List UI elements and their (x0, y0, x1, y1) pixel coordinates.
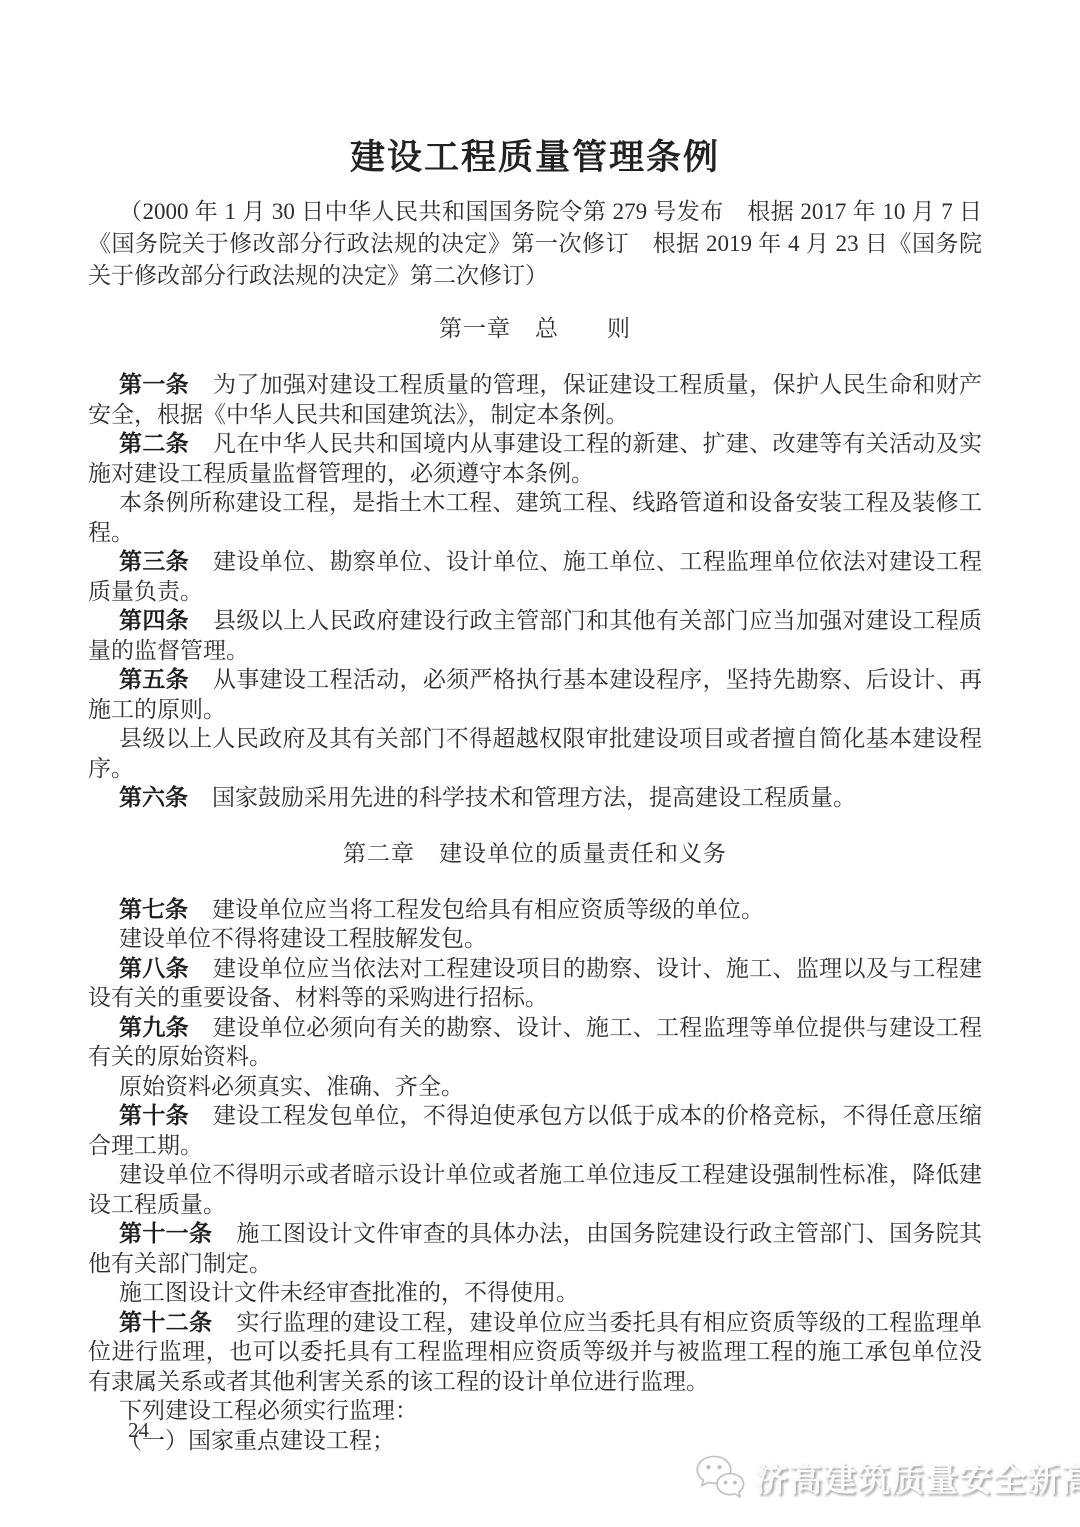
chapter-2-heading: 第二章 建设单位的质量责任和义务 (88, 835, 982, 868)
document-page: 建设工程质量管理条例 （2000 年 1 月 30 日中华人民共和国国务院令第 … (0, 0, 1080, 1527)
article-text: 建设工程发包单位，不得迫使承包方以低于成本的价格竞标，不得任意压缩合理工期。 (88, 1103, 982, 1158)
article-text: 建设单位、勘察单位、设计单位、施工单位、工程监理单位依法对建设工程质量负责。 (88, 549, 982, 604)
article-text: 县级以上人民政府及其有关部门不得超越权限审批建设项目或者擅自简化基本建设程序。 (88, 726, 982, 781)
article-text: 凡在中华人民共和国境内从事建设工程的新建、扩建、改建等有关活动及实施对建设工程质… (88, 431, 982, 486)
article-text: 原始资料必须真实、准确、齐全。 (119, 1074, 464, 1099)
paragraph: 第六条国家鼓励采用先进的科学技术和管理方法，提高建设工程质量。 (88, 783, 982, 813)
wechat-icon (694, 1453, 746, 1501)
article-text: 下列建设工程必须实行监理： (119, 1398, 418, 1423)
article-text: 施工图设计文件未经审查批准的，不得使用。 (119, 1280, 579, 1305)
article-number: 第九条 (119, 1014, 189, 1040)
paragraph: 建设单位不得明示或者暗示设计单位或者施工单位违反工程建设强制性标准，降低建设工程… (88, 1160, 982, 1219)
article-text: 建设单位不得明示或者暗示设计单位或者施工单位违反工程建设强制性标准，降低建设工程… (88, 1162, 982, 1217)
paragraph: 第十条建设工程发包单位，不得迫使承包方以低于成本的价格竞标，不得任意压缩合理工期… (88, 1101, 982, 1160)
paragraph: 第七条建设单位应当将工程发包给具有相应资质等级的单位。 (88, 895, 982, 925)
article-number: 第八条 (119, 955, 189, 981)
article-text: 建设单位不得将建设工程肢解发包。 (119, 926, 487, 951)
article-text: 建设单位必须向有关的勘察、设计、施工、工程监理等单位提供与建设工程有关的原始资料… (88, 1015, 982, 1070)
article-number: 第五条 (119, 666, 189, 692)
article-number: 第七条 (119, 896, 188, 922)
article-number: 第三条 (119, 548, 189, 574)
paragraph: 第一条为了加强对建设工程质量的管理，保证建设工程质量，保护人民生命和财产安全，根… (88, 370, 982, 429)
article-number: 第十一条 (119, 1220, 212, 1246)
paragraph: 第二条凡在中华人民共和国境内从事建设工程的新建、扩建、改建等有关活动及实施对建设… (88, 429, 982, 488)
article-text: 建设单位应当依法对工程建设项目的勘察、设计、施工、监理以及与工程建设有关的重要设… (88, 956, 982, 1011)
paragraph: 第十一条施工图设计文件审查的具体办法，由国务院建设行政主管部门、国务院其他有关部… (88, 1219, 982, 1278)
paragraph: 第三条建设单位、勘察单位、设计单位、施工单位、工程监理单位依法对建设工程质量负责… (88, 547, 982, 606)
paragraph: 第四条县级以上人民政府建设行政主管部门和其他有关部门应当加强对建设工程质量的监督… (88, 606, 982, 665)
watermark: 济高建筑质量安全新高地 (694, 1453, 1080, 1501)
document-content: 建设工程质量管理条例 （2000 年 1 月 30 日中华人民共和国国务院令第 … (88, 130, 982, 1455)
page-number: 24 (128, 1418, 149, 1443)
paragraph: 原始资料必须真实、准确、齐全。 (88, 1072, 982, 1102)
paragraph: 本条例所称建设工程，是指土木工程、建筑工程、线路管道和设备安装工程及装修工程。 (88, 488, 982, 547)
article-text: 实行监理的建设工程，建设单位应当委托具有相应资质等级的工程监理单位进行监理，也可… (88, 1310, 982, 1394)
paragraph: 第五条从事建设工程活动，必须严格执行基本建设程序，坚持先勘察、后设计、再施工的原… (88, 665, 982, 724)
article-text: 施工图设计文件审查的具体办法，由国务院建设行政主管部门、国务院其他有关部门制定。 (88, 1221, 982, 1276)
article-text: 县级以上人民政府建设行政主管部门和其他有关部门应当加强对建设工程质量的监督管理。 (88, 608, 982, 663)
paragraph: 县级以上人民政府及其有关部门不得超越权限审批建设项目或者擅自简化基本建设程序。 (88, 724, 982, 783)
paragraph: 施工图设计文件未经审查批准的，不得使用。 (88, 1278, 982, 1308)
preamble: （2000 年 1 月 30 日中华人民共和国国务院令第 279 号发布 根据 … (88, 196, 982, 292)
paragraph: 第九条建设单位必须向有关的勘察、设计、施工、工程监理等单位提供与建设工程有关的原… (88, 1013, 982, 1072)
article-text: 本条例所称建设工程，是指土木工程、建筑工程、线路管道和设备安装工程及装修工程。 (88, 490, 982, 545)
article-number: 第十二条 (119, 1309, 212, 1335)
article-number: 第六条 (119, 784, 188, 810)
article-text: 建设单位应当将工程发包给具有相应资质等级的单位。 (212, 897, 764, 922)
paragraph: （一）国家重点建设工程； (88, 1426, 982, 1456)
article-text: 为了加强对建设工程质量的管理，保证建设工程质量，保护人民生命和财产安全，根据《中… (88, 372, 982, 427)
article-number: 第二条 (119, 430, 189, 456)
paragraph: 建设单位不得将建设工程肢解发包。 (88, 924, 982, 954)
article-text: 从事建设工程活动，必须严格执行基本建设程序，坚持先勘察、后设计、再施工的原则。 (88, 667, 982, 722)
paragraph: 第八条建设单位应当依法对工程建设项目的勘察、设计、施工、监理以及与工程建设有关的… (88, 954, 982, 1013)
article-text: （一）国家重点建设工程； (119, 1428, 395, 1453)
article-number: 第十条 (119, 1102, 189, 1128)
chapter-1-heading: 第一章 总 则 (88, 310, 982, 343)
paragraph: 下列建设工程必须实行监理： (88, 1396, 982, 1426)
article-text: 国家鼓励采用先进的科学技术和管理方法，提高建设工程质量。 (212, 785, 856, 810)
watermark-text: 济高建筑质量安全新高地 (755, 1454, 1080, 1501)
document-title: 建设工程质量管理条例 (88, 130, 982, 180)
paragraph: 第十二条实行监理的建设工程，建设单位应当委托具有相应资质等级的工程监理单位进行监… (88, 1308, 982, 1397)
article-number: 第四条 (119, 607, 189, 633)
article-number: 第一条 (119, 371, 189, 397)
